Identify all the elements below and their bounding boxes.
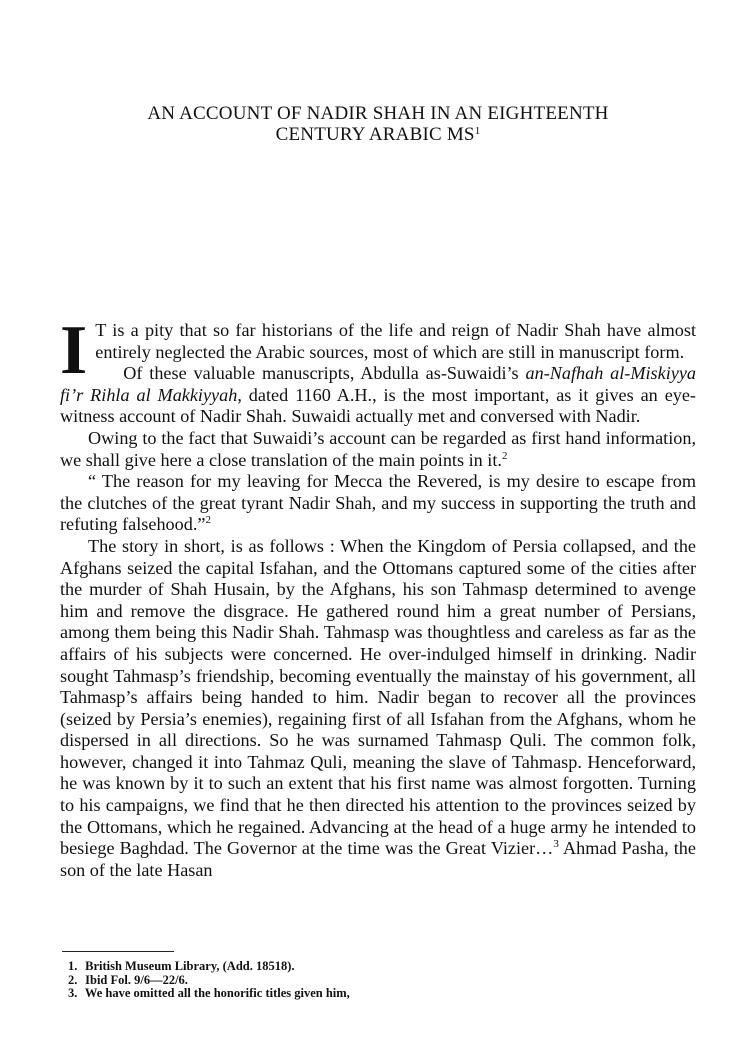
footnote-divider [62, 951, 174, 952]
footnote-text: We have omitted all the honorific titles… [85, 986, 350, 1000]
paragraph-text: Owing to the fact that Suwaidi’s account… [60, 428, 696, 470]
paragraph-intro: IT is a pity that so far historians of t… [60, 320, 696, 363]
title-line-2: CENTURY ARABIC MS [276, 124, 475, 145]
footnote-1: 1. British Museum Library, (Add. 18518). [68, 960, 668, 974]
quote-text: “ The reason for my leaving for Mecca th… [60, 471, 696, 534]
paragraph-quote: “ The reason for my leaving for Mecca th… [60, 471, 696, 536]
paragraph-text: Of these valuable manuscripts, Abdulla a… [123, 363, 525, 383]
footnotes: 1. British Museum Library, (Add. 18518).… [68, 960, 668, 1001]
paragraph-manuscripts: Of these valuable manuscripts, Abdulla a… [60, 363, 696, 428]
document-page: AN ACCOUNT OF NADIR SHAH IN AN EIGHTEENT… [0, 0, 740, 1046]
footnote-2: 2. Ibid Fol. 9/6—22/6. [68, 974, 668, 988]
title-footnote-ref: 1 [475, 125, 481, 137]
footnote-text: British Museum Library, (Add. 18518). [85, 959, 294, 973]
footnote-number: 1. [68, 960, 82, 974]
footnote-number: 3. [68, 987, 82, 1001]
footnote-text: Ibid Fol. 9/6—22/6. [85, 973, 188, 987]
article-title: AN ACCOUNT OF NADIR SHAH IN AN EIGHTEENT… [60, 103, 696, 145]
drop-cap: I [60, 323, 87, 383]
footnote-ref: 2 [205, 514, 211, 526]
paragraph-text: The story in short, is as follows : When… [60, 536, 696, 858]
paragraph-intro-text: T is a pity that so far historians of th… [95, 320, 696, 362]
paragraph-translation-note: Owing to the fact that Suwaidi’s account… [60, 428, 696, 471]
footnote-3: 3. We have omitted all the honorific tit… [68, 987, 668, 1001]
footnote-ref: 2 [502, 450, 508, 462]
article-body: IT is a pity that so far historians of t… [60, 320, 696, 881]
paragraph-story: The story in short, is as follows : When… [60, 536, 696, 882]
footnote-number: 2. [68, 974, 82, 988]
title-line-1: AN ACCOUNT OF NADIR SHAH IN AN EIGHTEENT… [147, 103, 608, 124]
